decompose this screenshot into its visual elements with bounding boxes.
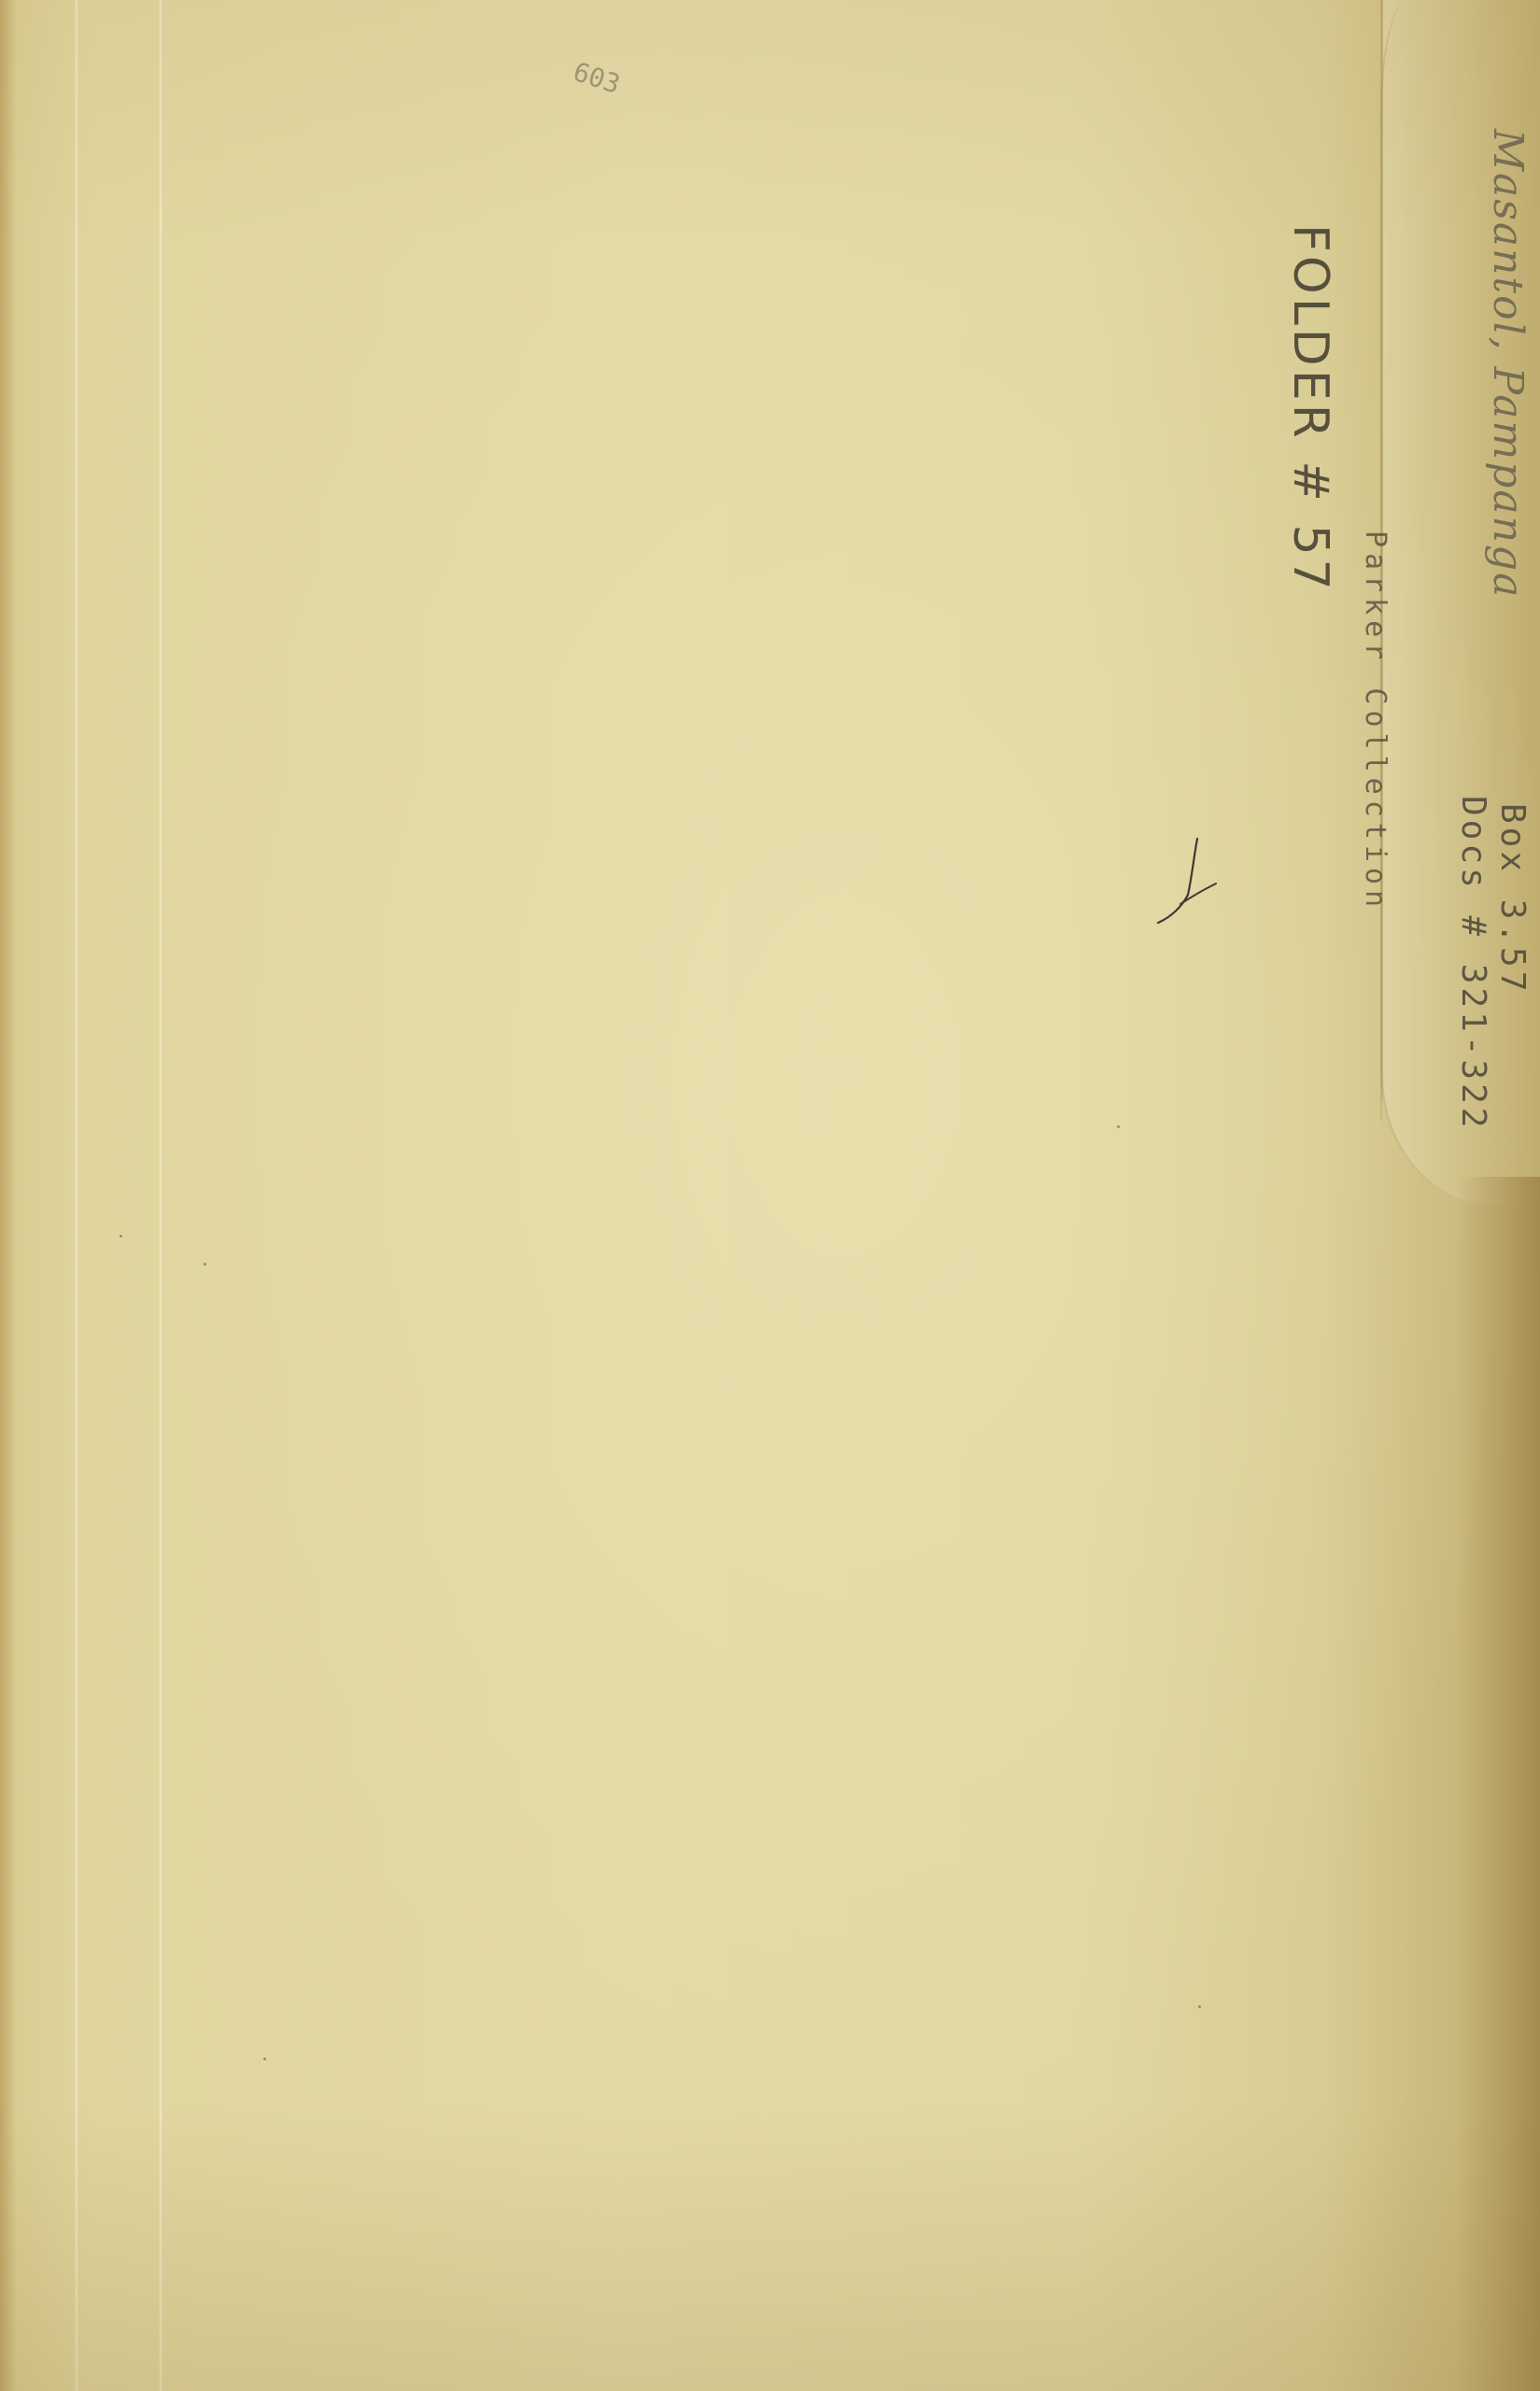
folder-left-edge [0,0,17,2391]
corner-pencil-note: 603 [570,56,624,100]
paper-speck [204,1263,206,1266]
paper-speck [1198,2005,1201,2008]
check-mark-icon [1151,831,1225,925]
manila-folder: Masantol, Pampanga Box 3.57 Docs # 321-3… [0,0,1540,2391]
tab-docs-label: Docs # 321-322 [1454,796,1492,1131]
fold-score-line [159,0,162,2391]
paper-speck [1117,1125,1120,1128]
collection-label: Parker Collection [1359,531,1392,913]
tab-location-label: Masantol, Pampanga [1484,129,1532,599]
folder-right-shadow [1456,1177,1540,2391]
fold-score-line [75,0,78,2391]
folder-number-label: FOLDER # 57 [1282,224,1338,594]
paper-speck [120,1235,122,1238]
tab-box-label: Box 3.57 [1493,803,1532,995]
paper-speck [263,2058,266,2060]
